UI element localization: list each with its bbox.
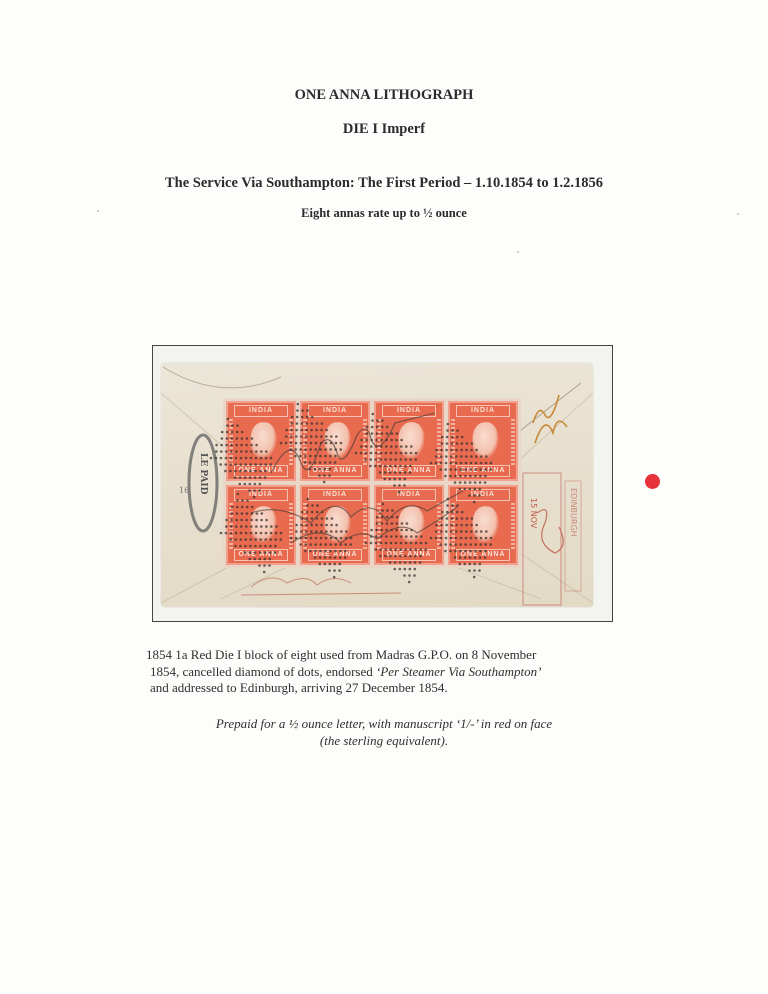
note-line: Prepaid for a ½ ounce letter, with manus…: [0, 716, 768, 733]
stamp-value-label: ONE ANNA: [456, 549, 510, 561]
scan-speck: [97, 210, 99, 212]
red-marker-dot: [645, 474, 660, 489]
stamp-value-label: ONE ANNA: [382, 465, 436, 477]
stamp-border: [451, 417, 455, 465]
svg-text:EDINBURGH: EDINBURGH: [569, 488, 578, 537]
svg-text:16: 16: [179, 486, 189, 495]
endorsement-quote: ‘Per Steamer Via Southampton’: [376, 664, 541, 679]
stamp-value-label: ONE ANNA: [308, 549, 362, 561]
description-line: 1854, cancelled diamond of dots, endorse…: [146, 664, 636, 681]
stamp-border: [303, 501, 307, 549]
stamp-value-label: ONE ANNA: [456, 465, 510, 477]
stamp-border: [437, 417, 441, 465]
queen-portrait-icon: [325, 422, 351, 458]
scan-speck: [737, 213, 739, 215]
exhibit-frame: LE PAID 16 15 NOV EDINBURGH INDIAONE ANN…: [152, 345, 613, 622]
stamp-border: [377, 417, 381, 465]
queen-portrait-icon: [473, 422, 499, 458]
page-title: ONE ANNA LITHOGRAPH: [0, 87, 768, 104]
stamp-country-label: INDIA: [382, 405, 436, 417]
stamp-border: [289, 501, 293, 549]
stamp-border: [229, 501, 233, 549]
stamp-border: [451, 501, 455, 549]
period-heading: The Service Via Southampton: The First P…: [0, 175, 768, 192]
stamp-border: [437, 501, 441, 549]
stamp-value-label: ONE ANNA: [234, 465, 288, 477]
stamp-border: [363, 501, 367, 549]
stamp-border: [511, 501, 515, 549]
stamp-border: [303, 417, 307, 465]
exhibit-description: 1854 1a Red Die I block of eight used fr…: [146, 647, 636, 697]
stamp: INDIAONE ANNA: [226, 485, 296, 565]
stamp: INDIAONE ANNA: [448, 401, 518, 481]
stamp-country-label: INDIA: [308, 489, 362, 501]
stamp-country-label: INDIA: [234, 405, 288, 417]
queen-portrait-icon: [325, 506, 351, 542]
stamp-country-label: INDIA: [456, 405, 510, 417]
stamp-border: [511, 417, 515, 465]
scan-speck: [517, 251, 519, 253]
queen-portrait-icon: [399, 506, 425, 542]
envelope-image: LE PAID 16 15 NOV EDINBURGH INDIAONE ANN…: [161, 363, 593, 607]
svg-text:LE PAID: LE PAID: [198, 453, 208, 495]
stamp-border: [229, 417, 233, 465]
stamp-value-label: ONE ANNA: [308, 465, 362, 477]
stamp-country-label: INDIA: [382, 489, 436, 501]
stamp: INDIAONE ANNA: [374, 485, 444, 565]
description-line: and addressed to Edinburgh, arriving 27 …: [146, 680, 636, 697]
svg-text:15 NOV: 15 NOV: [529, 498, 538, 529]
rate-heading: Eight annas rate up to ½ ounce: [0, 206, 768, 221]
stamp-border: [289, 417, 293, 465]
stamp-value-label: ONE ANNA: [382, 549, 436, 561]
exhibit-note: Prepaid for a ½ ounce letter, with manus…: [0, 716, 768, 749]
queen-portrait-icon: [251, 506, 277, 542]
stamp: INDIAONE ANNA: [300, 485, 370, 565]
stamp-value-label: ONE ANNA: [234, 549, 288, 561]
stamp-border: [377, 501, 381, 549]
description-line: 1854 1a Red Die I block of eight used fr…: [146, 647, 636, 664]
queen-portrait-icon: [399, 422, 425, 458]
stamp: INDIAONE ANNA: [300, 401, 370, 481]
stamp-country-label: INDIA: [456, 489, 510, 501]
queen-portrait-icon: [473, 506, 499, 542]
stamp: INDIAONE ANNA: [226, 401, 296, 481]
page-subtitle: DIE I Imperf: [0, 121, 768, 138]
stamp-country-label: INDIA: [308, 405, 362, 417]
stamp-border: [363, 417, 367, 465]
stamp: INDIAONE ANNA: [448, 485, 518, 565]
description-text: 1854, cancelled diamond of dots, endorse…: [150, 664, 376, 679]
stamp: INDIAONE ANNA: [374, 401, 444, 481]
note-line: (the sterling equivalent).: [0, 733, 768, 750]
stamp-country-label: INDIA: [234, 489, 288, 501]
queen-portrait-icon: [251, 422, 277, 458]
stamp-block: INDIAONE ANNAINDIAONE ANNAINDIAONE ANNAI…: [223, 398, 521, 568]
